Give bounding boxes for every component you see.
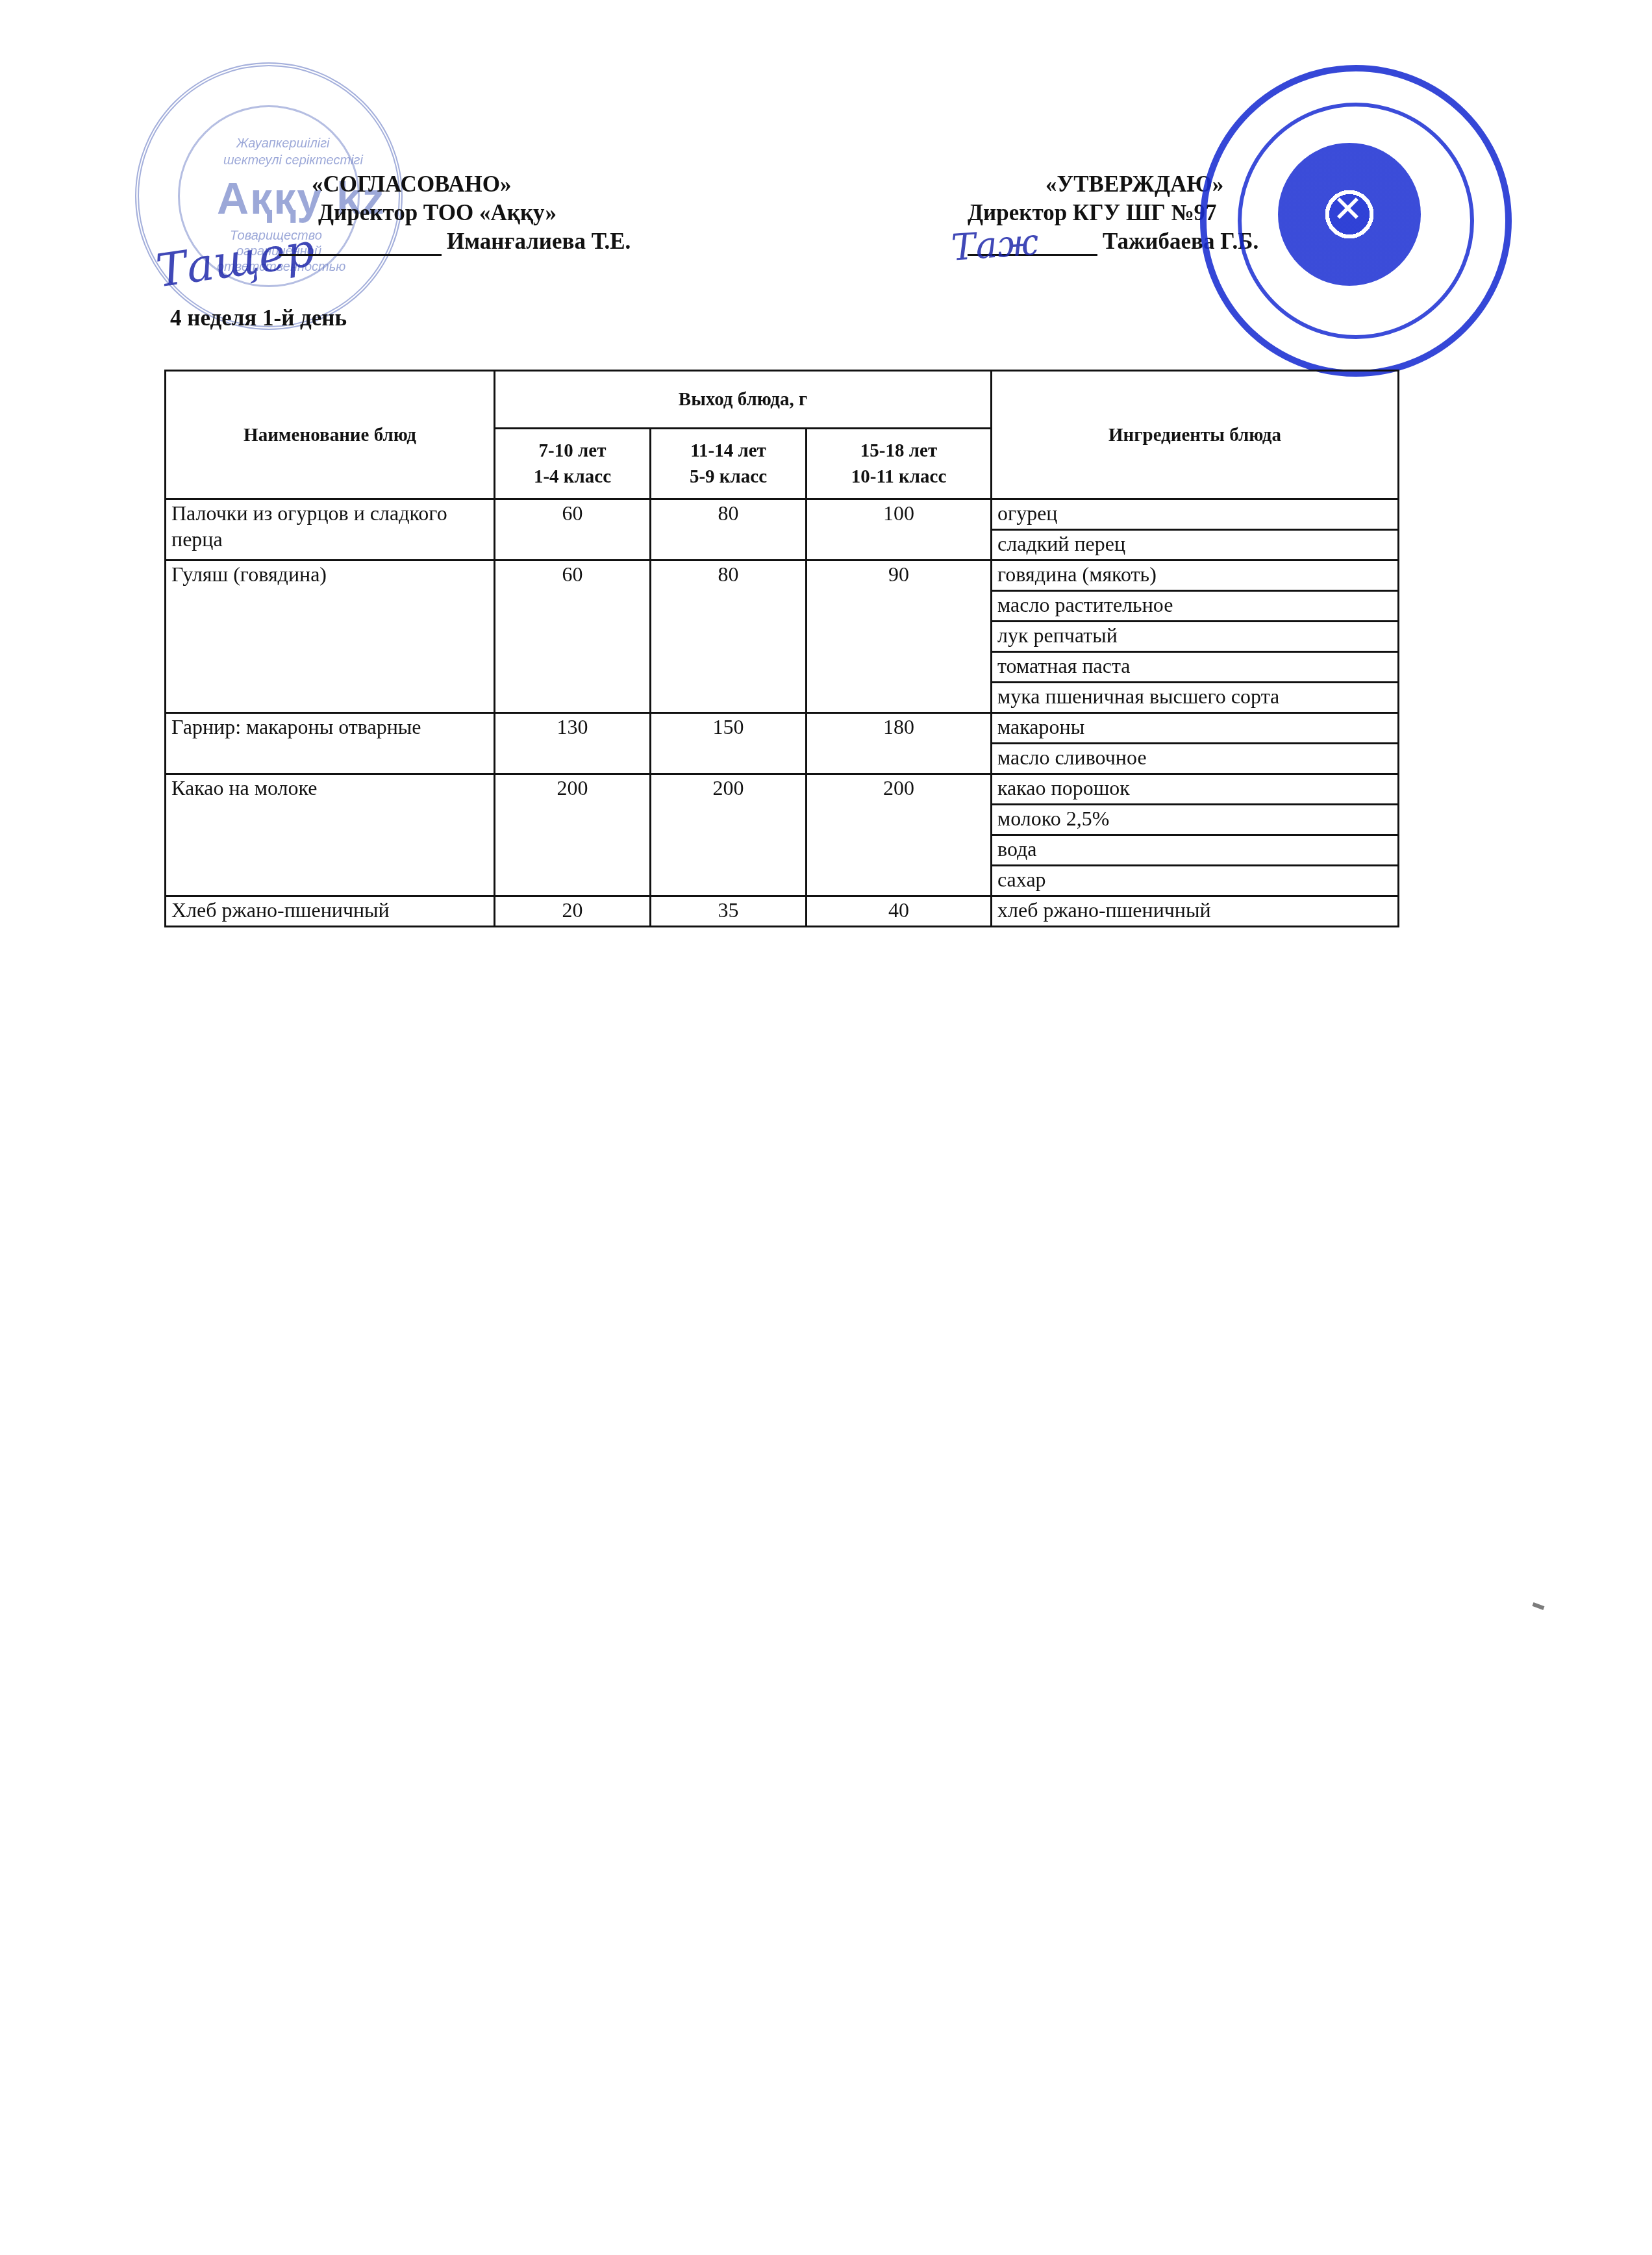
approved-signature-line: Тажибаева Г.Б.	[968, 227, 1258, 256]
dish-yield: 150	[651, 713, 807, 774]
dish-yield: 90	[807, 561, 992, 713]
dish-name: Гуляш (говядина)	[166, 561, 495, 713]
age-range: 11-14 лет	[657, 438, 800, 464]
dish-name: Гарнир: макароны отварные	[166, 713, 495, 774]
stamp-text: Жауапкершілігі	[236, 136, 329, 151]
table-row: Какао на молоке200200200какао порошок	[166, 774, 1399, 805]
agreed-position: Директор ТОО «Аққу»	[273, 199, 631, 227]
dish-yield: 35	[651, 896, 807, 927]
table-row: Хлеб ржано-пшеничный203540хлеб ржано-пше…	[166, 896, 1399, 927]
dish-yield: 20	[495, 896, 651, 927]
dish-yield: 180	[807, 713, 992, 774]
dish-name: Палочки из огурцов и сладкого перца	[166, 499, 495, 561]
approved-title: «УТВЕРЖДАЮ»	[968, 170, 1258, 199]
grade-range: 5-9 класс	[657, 464, 800, 490]
state-emblem-icon	[1278, 143, 1421, 286]
approved-position: Директор КГУ ШГ №97	[968, 199, 1258, 227]
header-age-group: 15-18 лет10-11 класс	[807, 429, 992, 499]
signature-underline	[279, 234, 442, 256]
dish-yield: 40	[807, 896, 992, 927]
ingredient: хлеб ржано-пшеничный	[992, 896, 1399, 927]
table-row: Палочки из огурцов и сладкого перца60801…	[166, 499, 1399, 530]
agreed-signature-line: Иманғалиева Т.Е.	[273, 227, 631, 256]
stamp-text: ответственностью	[217, 260, 345, 275]
dish-yield: 100	[807, 499, 992, 561]
ingredient: какао порошок	[992, 774, 1399, 805]
dish-name: Хлеб ржано-пшеничный	[166, 896, 495, 927]
ingredient: молоко 2,5%	[992, 805, 1399, 835]
approval-block-agreed: «СОГЛАСОВАНО» Директор ТОО «Аққу» Иманға…	[273, 170, 631, 256]
approved-name: Тажибаева Г.Б.	[1103, 229, 1258, 254]
table-row: Гарнир: макароны отварные130150180макаро…	[166, 713, 1399, 744]
approval-block-approved: «УТВЕРЖДАЮ» Директор КГУ ШГ №97 Тажибаев…	[968, 170, 1258, 256]
dish-name: Какао на молоке	[166, 774, 495, 896]
stamp-text: шектеулі серіктестігі	[223, 153, 363, 168]
menu-table: Наименование блюд Выход блюда, г Ингреди…	[164, 370, 1399, 927]
ingredient: макароны	[992, 713, 1399, 744]
signature-underline	[968, 234, 1097, 256]
header-dish-name: Наименование блюд	[166, 371, 495, 499]
age-range: 15-18 лет	[812, 438, 985, 464]
table-row: Гуляш (говядина)608090говядина (мякоть)	[166, 561, 1399, 591]
ingredient: масло сливочное	[992, 744, 1399, 774]
ingredient: сахар	[992, 866, 1399, 896]
ingredient: вода	[992, 835, 1399, 866]
dish-yield: 200	[807, 774, 992, 896]
ingredient: огурец	[992, 499, 1399, 530]
grade-range: 1-4 класс	[501, 464, 644, 490]
agreed-title: «СОГЛАСОВАНО»	[273, 170, 631, 199]
dish-yield: 200	[651, 774, 807, 896]
ingredient: лук репчатый	[992, 622, 1399, 652]
header-age-group: 7-10 лет1-4 класс	[495, 429, 651, 499]
dish-yield: 60	[495, 499, 651, 561]
dish-yield: 80	[651, 561, 807, 713]
dish-yield: 60	[495, 561, 651, 713]
header-age-group: 11-14 лет5-9 класс	[651, 429, 807, 499]
ingredient: мука пшеничная высшего сорта	[992, 683, 1399, 713]
ingredient: сладкий перец	[992, 530, 1399, 561]
ingredient: говядина (мякоть)	[992, 561, 1399, 591]
age-range: 7-10 лет	[501, 438, 644, 464]
grade-range: 10-11 класс	[812, 464, 985, 490]
dish-yield: 130	[495, 713, 651, 774]
header-yield: Выход блюда, г	[495, 371, 992, 429]
stamp-inner-ring	[1238, 103, 1474, 339]
header-ingredients: Ингредиенты блюда	[992, 371, 1399, 499]
menu-day-label: 4 неделя 1-й день	[170, 304, 347, 333]
ingredient: томатная паста	[992, 652, 1399, 683]
ingredient: масло растительное	[992, 591, 1399, 622]
dish-yield: 80	[651, 499, 807, 561]
dish-yield: 200	[495, 774, 651, 896]
menu-body: Палочки из огурцов и сладкого перца60801…	[166, 499, 1399, 927]
scan-artifact	[1533, 1602, 1545, 1610]
agreed-name: Иманғалиева Т.Е.	[447, 229, 631, 254]
